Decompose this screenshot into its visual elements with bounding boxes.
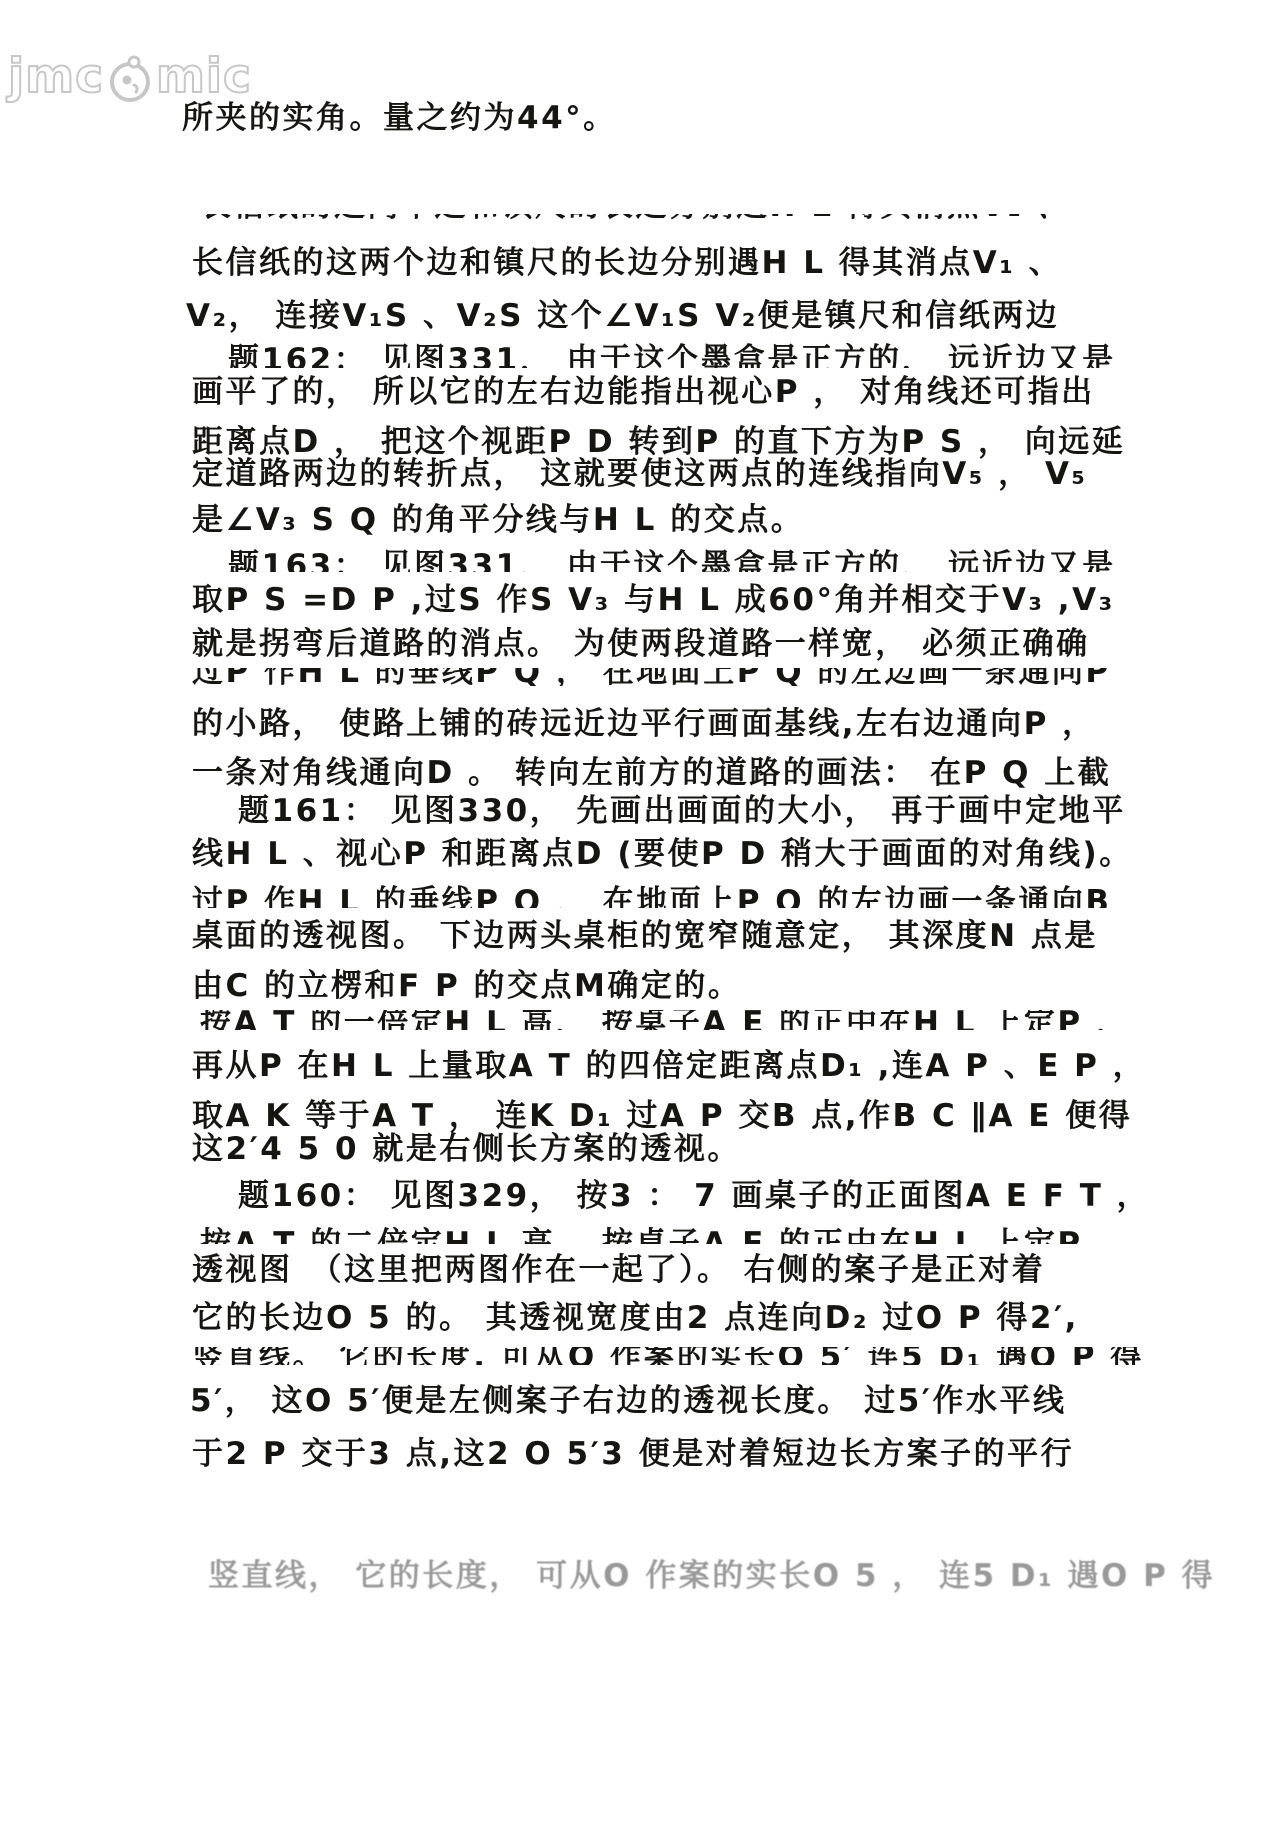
clipped-text-line: 过P 作H L 的垂线P Q ， 在地面上P Q 的左边画一条通向B (192, 884, 1112, 908)
text-line: 5′， 这O 5′便是左侧案子右边的透视长度。 过5′作水平线 (190, 1383, 1066, 1419)
clipped-text-line: 按A T 的一倍定H L 高， 按桌子A E 的正中在H L 上定P ， (200, 1010, 1129, 1030)
text-line: 一条对角线通向D 。 转向左前方的道路的画法： 在P Q 上截 (192, 755, 1111, 791)
text-line: 桌面的透视图。 下边两头桌柜的宽窄随意定， 其深度N 点是 (192, 918, 1098, 954)
text-line: 线H L 、视心P 和距离点D (要使P D 稍大于画面的对角线)。 (192, 836, 1133, 872)
text-line: 就是拐弯后道路的消点。 为使两段道路一样宽， 必须正确确 (192, 626, 1090, 662)
text-line: 取A K 等于A T ， 连K D₁ 过A P 交B 点,作B C ∥A E 便… (192, 1098, 1132, 1134)
chick-face-icon (107, 52, 153, 104)
clipped-text-line: 竖直线， 它的长度， 可从O 作案的实长O 5 ， 连5 D₁ 遇O P 得 (208, 1558, 1215, 1598)
text-line: 长信纸的这两个边和镇尺的长边分别遇H L 得其消点V₁ 、 (192, 245, 1062, 281)
text-line: V₂， 连接V₁S 、V₂S 这个∠V₁S V₂便是镇尺和信纸两边 (186, 298, 1059, 334)
clipped-text-line: 按A T 的二倍定H L 高， 按桌子A E 的正中在H L 上定P .. (200, 1226, 1124, 1244)
clipped-text-line: 过P 作H L 的垂线P Q ， 在地面上P Q 的左边画一条通向P (192, 668, 1111, 686)
watermark-text-right: mic (156, 49, 252, 104)
text-line: 的小路， 使路上铺的砖远近边平行画面基线,左右边通向P ， (192, 706, 1096, 742)
watermark-text-left: jmc (8, 49, 104, 104)
text-line: 于2 P 交于3 点,这2 O 5′3 便是对着短边长方案子的平行 (192, 1436, 1074, 1472)
text-line: 再从P 在H L 上量取A T 的四倍定距离点D₁ ,连A P 、E P ， (192, 1048, 1146, 1084)
text-line: 透视图 （这里把两图作在一起了）。 右侧的案子是正对着 (192, 1252, 1045, 1288)
clipped-text-line: 题162： 见图331， 由于这个墨盒是正方的， 远近边又是 (228, 342, 1116, 368)
clipped-text-line: 长信纸的这两个边和镇尺的长边分别遇H L 得其消点V₁ 、 (200, 214, 1070, 226)
text-line: 是∠V₃ S Q 的角平分线与H L 的交点。 (192, 502, 804, 538)
text-line: 这2′4 5 0 就是右侧长方案的透视。 (192, 1131, 741, 1167)
text-line: 取P S =D P ,过S 作S V₃ 与H L 成60°角并相交于V₃ ,V₃ (192, 582, 1115, 618)
text-line: 由C 的立楞和F P 的交点M确定的。 (192, 968, 741, 1004)
text-line: 题161： 见图330， 先画出画面的大小， 再于画中定地平 (238, 793, 1126, 829)
scanned-page: jmc mic 所夹的实角。量之约为44°。长信纸的这两个边和镇尺的长边分别遇H… (0, 0, 1280, 1822)
text-line: 所夹的实角。量之约为44°。 (182, 100, 617, 136)
text-line: 距离点D ， 把这个视距P D 转到P 的直下方为P S ， 向远延 (192, 424, 1125, 460)
text-line: 画平了的， 所以它的左右边能指出视心P ， 对角线还可指出 (192, 374, 1095, 410)
text-line: 定道路两边的转折点， 这就要使这两点的连线指向V₅ ， V₅ (192, 456, 1088, 492)
text-line: 题160： 见图329， 按3 ： 7 画桌子的正面图A E F T ， (238, 1178, 1150, 1214)
clipped-text-line: 题163： 见图331， 由于这个墨盒是正方的， 远近边又是 (228, 548, 1116, 572)
text-line: 它的长边O 5 的。 其透视宽度由2 点连向D₂ 过O P 得2′, (192, 1300, 1079, 1336)
watermark: jmc mic (8, 48, 252, 104)
clipped-text-line: 竖直线。 它的长度, 可从O 作案的实长O 5′ 连5 D₁ 遇O P 得 (192, 1347, 1144, 1365)
